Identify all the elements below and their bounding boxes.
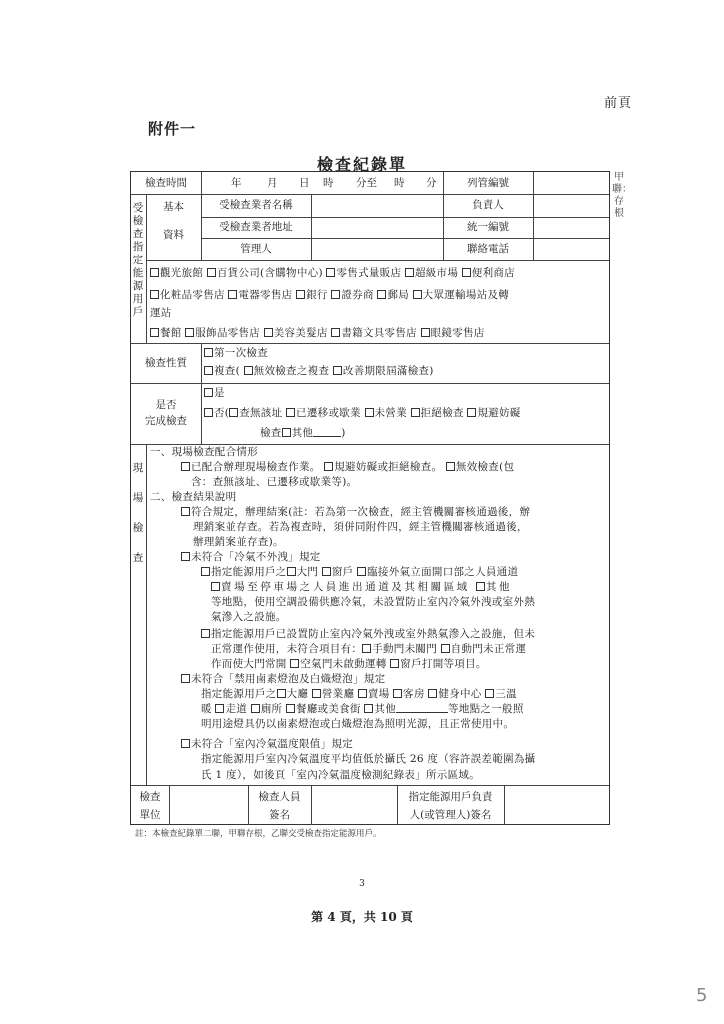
category-line-2: 化粧品零售店 電器零售店 銀行 證券商 郵局 大眾運輸場站及轉 [150,288,509,302]
completed-label-2: 完成檢查 [131,414,201,428]
onsite-label-3: 檢 [132,522,144,535]
onsite-label-4: 查 [132,552,144,565]
inspection-time-label: 檢查時間 [131,176,201,190]
checkbox[interactable] [362,644,371,653]
month-label: 月 [267,176,278,190]
ac-leak-a-3: 等地點，使用空調設備供應冷氣，未設置防止室內冷氣外洩或室外熱 [211,595,535,609]
checkbox[interactable] [244,366,253,375]
lamp-line-1: 指定能源用戶之大廳 營業廳 賣場 客房 健身中心 三溫 [201,687,517,701]
category-option[interactable]: 書籍文具零售店 [331,327,417,339]
checkbox[interactable] [282,428,291,437]
copy-side-note: 甲聯：存根 [612,172,626,220]
ac-leak-a: 指定能源用戶之大門 窗戶 臨接外氣立面開口部之人員通道 [201,565,518,579]
checkbox[interactable] [207,268,216,277]
checkbox[interactable] [312,689,321,698]
checkbox[interactable] [181,674,190,683]
checkbox[interactable] [467,408,476,417]
lamp-option[interactable]: 未符合「禁用鹵素燈泡及白熾燈泡」規定 [181,672,385,686]
checkbox[interactable] [204,348,213,357]
checkbox[interactable] [428,689,437,698]
basic-info-label-1: 基本 [146,200,201,214]
lamp-line-2: 暖 走道 廁所 餐廳或美食街 其他等地點之一般照 [201,702,524,716]
checkbox[interactable] [228,290,237,299]
ac-leak-a-2: 賣場至停車場之人員進出通道及其相關區域 其他 [211,580,512,594]
phone-label: 聯絡電話 [443,242,533,256]
basic-info-label-2: 資料 [146,228,201,242]
lamp-other-field[interactable] [396,702,448,713]
ac-leak-b-2: 正常運作使用，未符合項目有：手動門未關門 自動門未正常運 [211,642,526,656]
category-line-3: 餐館 服飾品零售店 美容美髮店 書籍文具零售店 眼鏡零售店 [150,326,485,340]
completed-label-1: 是否 [131,398,201,412]
temp-line-1: 指定能源用戶室內冷氣溫度平均值低於攝氏 26 度（容許誤差範圍為攝 [201,752,535,766]
category-line-1: 觀光旅館 百貨公司(含購物中心) 零售式量販店 超級市場 便利商店 [150,266,515,280]
checkbox[interactable] [421,328,430,337]
checkbox[interactable] [393,689,402,698]
category-option[interactable]: 化粧品零售店 [150,289,225,301]
tax-id-label: 統一編號 [443,220,533,234]
temp-option[interactable]: 未符合「室內冷氣溫度限值」規定 [181,737,353,751]
checkbox[interactable] [251,704,260,713]
registry-number-label: 列管編號 [443,176,533,190]
inspection-record-form: 檢查時間 年 月 日 時 分至 時 分 列管編號 受檢查指定能源用戶 基本 資料… [130,171,610,825]
category-option[interactable]: 大眾運輸場站及轉 [413,289,509,301]
checkbox[interactable] [476,582,485,591]
completed-no-option: 否(查無該址 已遷移或歇業 未營業 拒絕檢查 規避妨礙 [204,406,521,420]
attachment-label: 附件一 [148,118,196,139]
company-address-label: 受檢查業者地址 [201,220,311,234]
ac-leak-a-4: 氣滲入之設施。 [211,610,287,624]
section-1-options: 已配合辦理現場檢查作業。 規避妨礙或拒絕檢查。 無效檢查(包 [181,460,514,474]
onsite-label-2: 場 [132,492,144,505]
checkbox[interactable] [286,408,295,417]
category-option[interactable]: 電器零售店 [228,289,292,301]
day-label: 日 [299,176,310,190]
category-option[interactable]: 零售式量販店 [326,267,401,279]
checkbox[interactable] [364,704,373,713]
footnote: 註：本檢查紀錄單二聯，甲聯存根，乙聯交受檢查指定能源用戶。 [135,827,382,839]
completed-no-cont: 檢查其他) [260,426,346,440]
category-option[interactable]: 美容美髮店 [264,327,328,339]
checkbox[interactable] [215,704,224,713]
checkbox[interactable] [204,388,213,397]
ac-leak-b[interactable]: 指定能源用戶已設置防止室內冷氣外洩或室外熱氣滲入之設施，但未 [201,627,535,641]
section-2-title: 二、檢查結果說明 [150,490,236,504]
category-option[interactable]: 百貨公司(含購物中心) [207,267,323,279]
checkbox[interactable] [462,268,471,277]
checkbox[interactable] [181,462,190,471]
checkbox[interactable] [331,290,340,299]
category-option[interactable]: 證券商 [331,289,373,301]
checkbox[interactable] [150,328,159,337]
checkbox[interactable] [181,507,190,516]
checkbox[interactable] [290,659,299,668]
owner-label: 負責人 [443,198,533,212]
category-option[interactable]: 便利商店 [462,267,515,279]
checkbox[interactable] [296,290,305,299]
comply-text-2: 理銷案並存查。若為複查時，須併同附件四，經主管機關審核通過後， [193,520,528,534]
inspector-label-1: 檢查人員 [248,790,311,804]
checkbox[interactable] [485,689,494,698]
section-1-cont: 含：查無該址、已遷移或歇業等)。 [191,475,357,489]
checkbox[interactable] [201,629,210,638]
category-line-2-cont: 運站 [150,306,172,320]
checkbox[interactable] [331,328,340,337]
checkbox[interactable] [150,290,159,299]
category-option[interactable]: 服飾品零售店 [185,327,260,339]
year-label: 年 [231,176,242,190]
checkbox[interactable] [277,689,286,698]
owner-signature-label-1: 指定能源用戶負責 [397,790,504,804]
checkbox[interactable] [204,366,213,375]
handwritten-mark: 5 [696,985,707,1006]
lamp-line-3: 明用途燈具仍以鹵素燈泡或白熾燈泡為照明光源，且正常使用中。 [201,717,514,731]
category-option[interactable]: 郵局 [377,289,409,301]
checkbox[interactable] [229,408,238,417]
checkbox[interactable] [286,704,295,713]
section-1-title: 一、現場檢查配合情形 [150,445,258,459]
checkbox[interactable] [326,268,335,277]
temp-line-2: 氏 1 度），如後頁「室內冷氣溫度檢測紀錄表」所示區域。 [201,768,480,782]
page-number: 3 [0,879,724,889]
checkbox[interactable] [441,644,450,653]
checkbox[interactable] [333,366,342,375]
checkbox[interactable] [287,567,296,576]
checkbox[interactable] [411,408,420,417]
checkbox[interactable] [264,328,273,337]
inspection-unit-label-2: 單位 [131,808,169,822]
checkbox[interactable] [357,567,366,576]
completed-yes-option[interactable]: 是 [204,386,225,400]
checkbox[interactable] [365,408,374,417]
page-count: 第 4 頁，共 10 頁 [0,908,724,925]
inspection-unit-label-1: 檢查 [131,790,169,804]
ac-leak-option[interactable]: 未符合「冷氣不外洩」規定 [181,550,321,564]
other-reason-field[interactable] [313,426,341,437]
hour-label: 時 [323,176,334,190]
checkbox[interactable] [150,268,159,277]
ac-leak-b-3: 作而使大門常開 空氣門未啟動運轉 窗戶打開等項目。 [211,657,487,671]
category-option[interactable]: 眼鏡零售店 [421,327,485,339]
checkbox[interactable] [185,328,194,337]
onsite-label-1: 現 [132,462,144,475]
inspector-label-2: 簽名 [248,808,311,822]
checkbox[interactable] [322,567,331,576]
checkbox[interactable] [390,659,399,668]
company-name-label: 受檢查業者名稱 [201,198,311,212]
category-option[interactable]: 銀行 [296,289,328,301]
comply-option[interactable]: 符合規定，辦理結案(註：若為第一次檢查，經主管機關審核通過後，辦 [181,505,530,519]
checkbox[interactable] [324,462,333,471]
category-option[interactable]: 觀光旅館 [150,267,203,279]
checkbox[interactable] [413,290,422,299]
checkbox[interactable] [377,290,386,299]
checkbox[interactable] [405,268,414,277]
owner-signature-label-2: 人(或管理人)簽名 [397,808,504,822]
checkbox[interactable] [181,552,190,561]
checkbox[interactable] [201,567,210,576]
previous-page-label: 前頁 [604,92,632,111]
checkbox[interactable] [181,739,190,748]
manager-label: 管理人 [201,242,311,256]
category-option[interactable]: 餐館 [150,327,182,339]
designated-user-group-label: 受檢查指定能源用戶 [132,202,144,319]
minute-end-label: 分 [426,176,437,190]
checkbox[interactable] [446,462,455,471]
comply-text-3: 辦理銷案並存查)。 [193,535,284,549]
checkbox[interactable] [211,582,220,591]
checkbox[interactable] [358,689,367,698]
first-inspection-option[interactable]: 第一次檢查 [204,346,268,360]
inspection-type-label: 檢查性質 [131,356,201,370]
minute-to-label: 分至 [356,176,377,190]
re-inspection-option: 複查( 無效檢查之複查 改善期限屆滿檢查) [204,364,434,378]
checkbox[interactable] [204,408,213,417]
hour-end-label: 時 [394,176,405,190]
category-option[interactable]: 超級市場 [405,267,458,279]
